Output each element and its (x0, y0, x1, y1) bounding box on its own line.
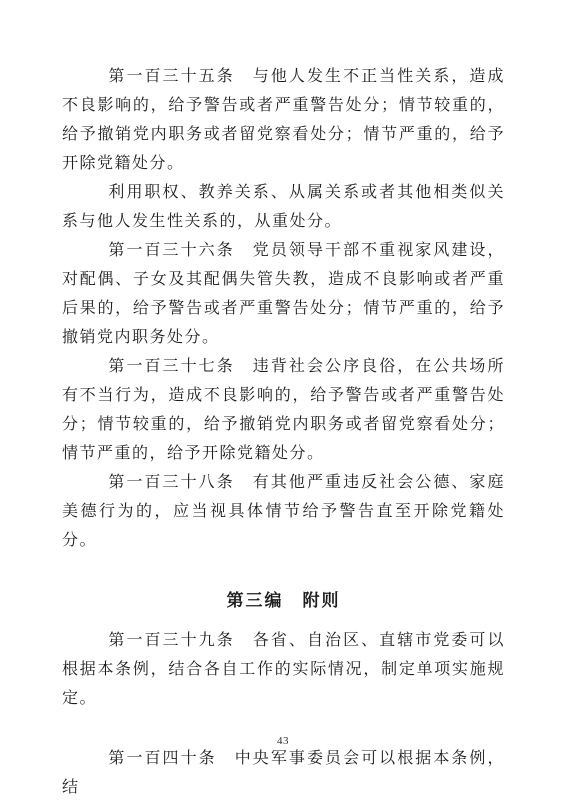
page-number: 43 (0, 735, 566, 747)
article-135-second-paragraph: 利用职权、教养关系、从属关系或者其他相类似关系与他人发生性关系的，从重处分。 (62, 178, 505, 236)
article-137-paragraph: 第一百三十七条 违背社会公序良俗，在公共场所有不当行为，造成不良影响的，给予警告… (62, 352, 505, 468)
document-content: 第一百三十五条 与他人发生不正当性关系，造成不良影响的，给予警告或者严重警告处分… (0, 0, 566, 800)
article-139-paragraph: 第一百三十九条 各省、自治区、直辖市党委可以根据本条例，结合各自工作的实际情况，… (62, 626, 505, 713)
article-140-paragraph: 第一百四十条 中央军事委员会可以根据本条例，结 (62, 744, 505, 800)
document-page: 第一百三十五条 与他人发生不正当性关系，造成不良影响的，给予警告或者严重警告处分… (0, 0, 566, 800)
part-3-heading: 第三编 附则 (62, 586, 505, 615)
article-138-paragraph: 第一百三十八条 有其他严重违反社会公德、家庭美德行为的，应当视具体情节给予警告直… (62, 468, 505, 555)
article-135-paragraph: 第一百三十五条 与他人发生不正当性关系，造成不良影响的，给予警告或者严重警告处分… (62, 62, 505, 178)
article-136-paragraph: 第一百三十六条 党员领导干部不重视家风建设，对配偶、子女及其配偶失管失教，造成不… (62, 236, 505, 352)
